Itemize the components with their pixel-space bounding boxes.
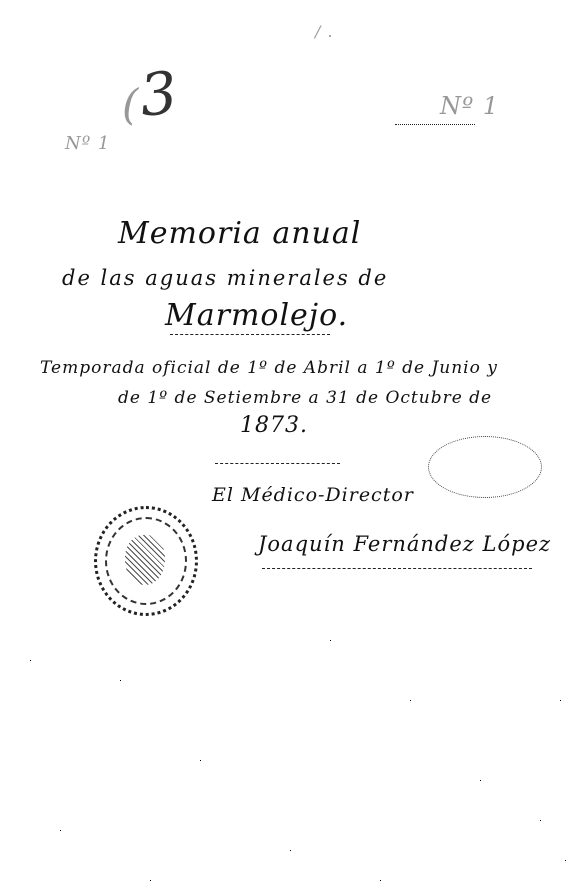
title-line-1: Memoria anual — [118, 216, 361, 251]
scan-speckle — [565, 860, 566, 861]
folio-number: 3 — [137, 58, 182, 130]
coat-of-arms-icon — [125, 535, 165, 585]
scan-speckle — [380, 880, 381, 881]
official-seal — [94, 506, 198, 616]
reference-mark: Nº 1 — [440, 92, 499, 120]
reference-underline — [395, 124, 475, 125]
year: 1873. — [240, 413, 308, 438]
separator-line — [215, 463, 340, 464]
scan-speckle — [150, 880, 151, 881]
scan-speckle — [200, 760, 201, 761]
top-scribble: / . — [315, 22, 334, 41]
scan-speckle — [120, 680, 121, 681]
scan-speckle — [330, 640, 331, 641]
oval-stamp — [428, 436, 542, 498]
scan-speckle — [560, 700, 561, 701]
title-line-2: de las aguas minerales de — [62, 266, 388, 290]
scan-speckle — [540, 820, 541, 821]
scan-speckle — [290, 850, 291, 851]
location-name: Marmolejo. — [165, 298, 348, 333]
document-page: / . 3 ( Nº 1 Nº 1 Memoria anual de las a… — [0, 0, 575, 896]
season-line-2: de 1º de Setiembre a 31 de Octubre de — [118, 388, 492, 408]
signature-name: Joaquín Fernández López — [258, 532, 551, 556]
location-underline — [170, 334, 330, 335]
folio-c-mark: ( — [122, 80, 139, 129]
registry-note: Nº 1 — [65, 133, 110, 154]
signature-role: El Médico-Director — [212, 484, 414, 506]
scan-speckle — [410, 700, 411, 701]
scan-speckle — [480, 780, 481, 781]
scan-speckle — [30, 660, 31, 661]
signature-flourish — [262, 568, 532, 569]
season-line-1: Temporada oficial de 1º de Abril a 1º de… — [40, 358, 498, 378]
scan-speckle — [60, 830, 61, 831]
